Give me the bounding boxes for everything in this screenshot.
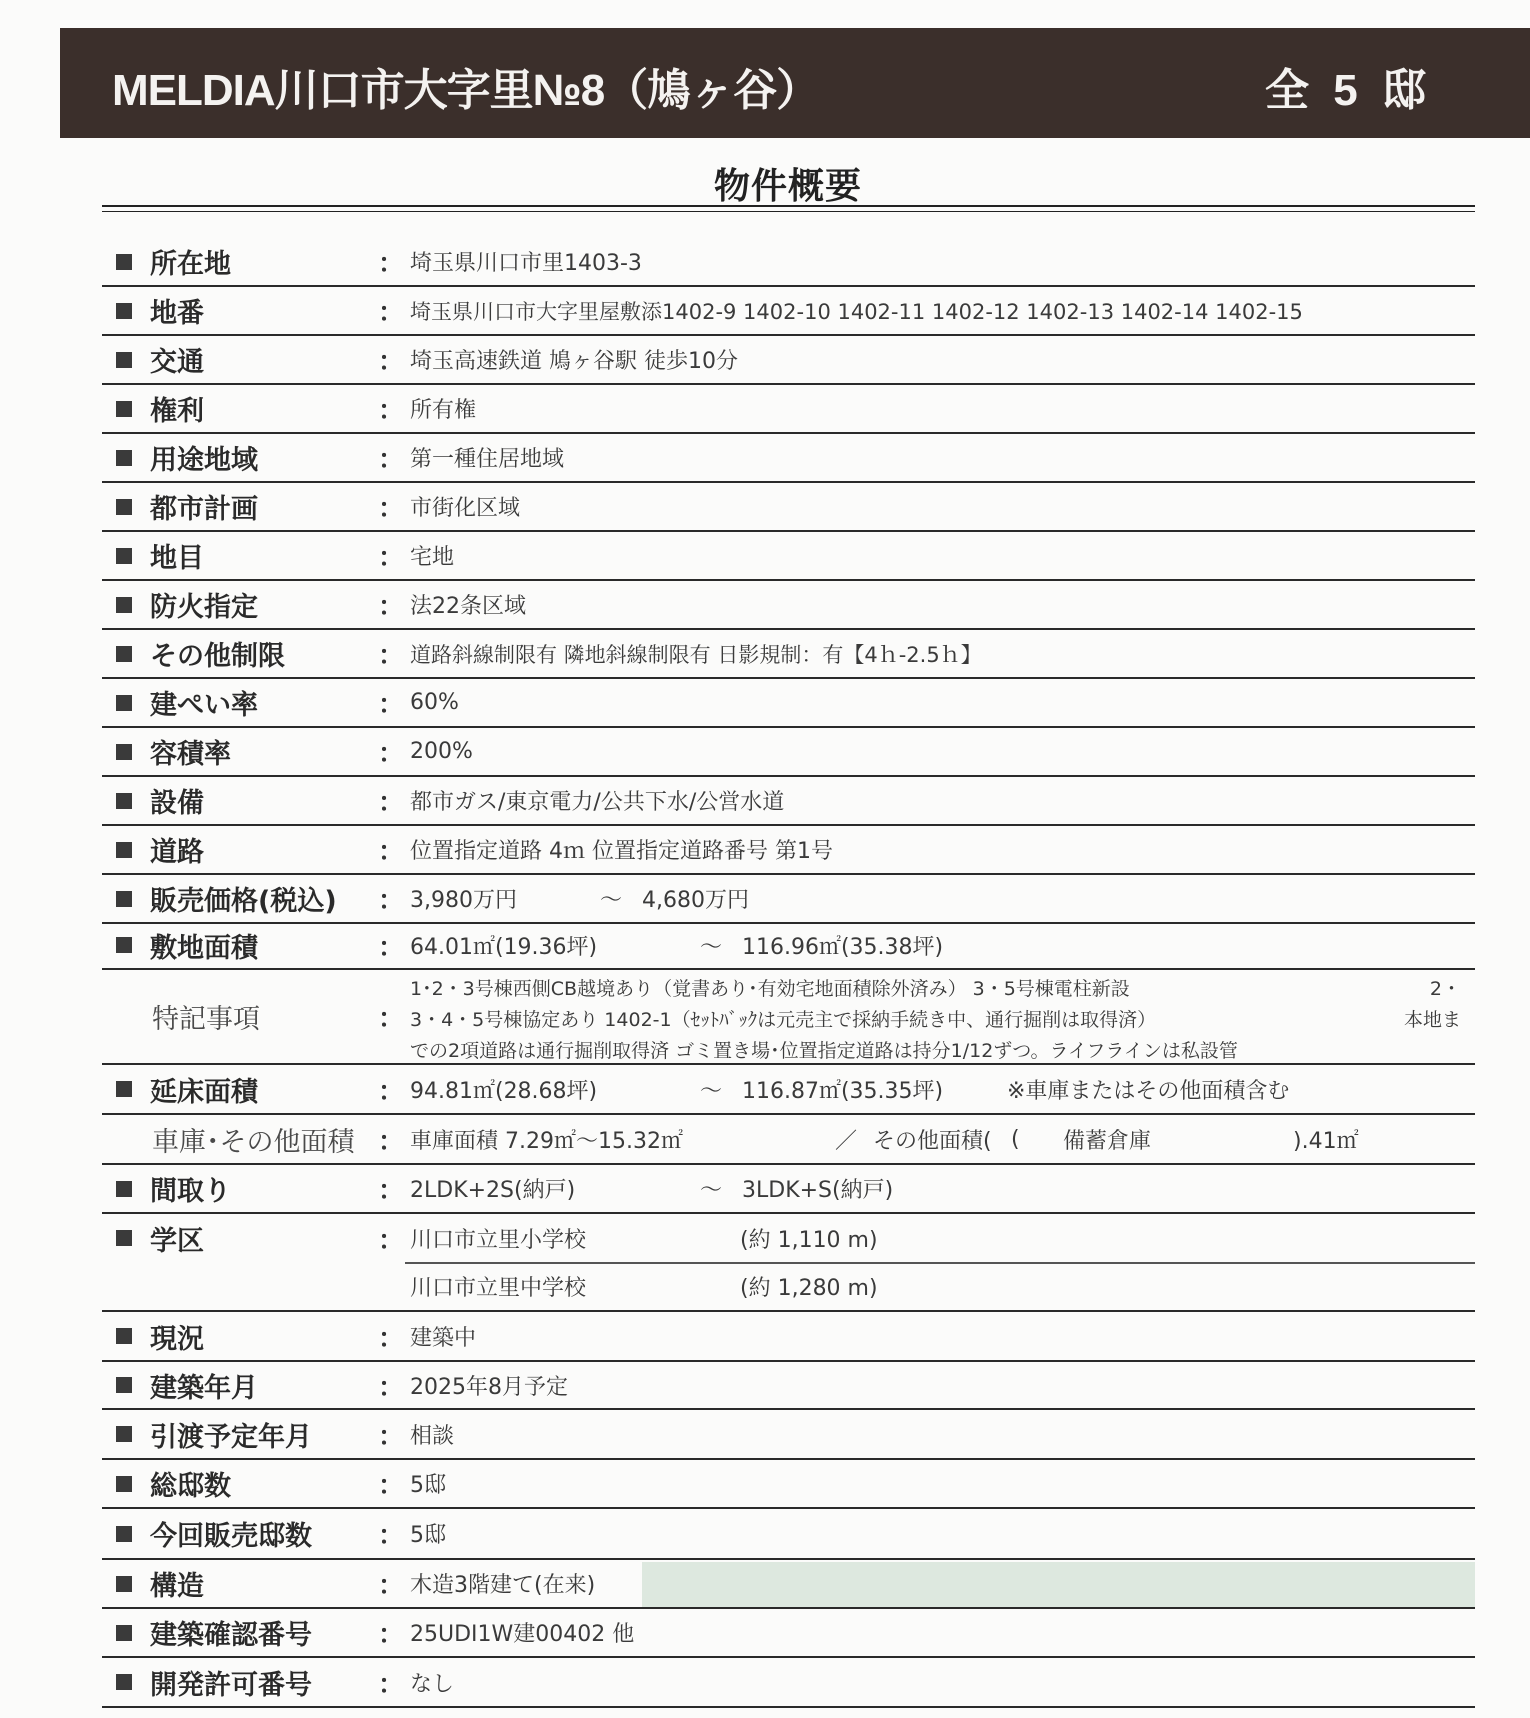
row-label: 容積率 (150, 732, 231, 771)
colon: ： (378, 1460, 404, 1507)
row-label: 建ぺい率 (150, 683, 258, 722)
row-label: 権利 (150, 389, 204, 428)
other-area-name: 備蓄倉庫 (1063, 1124, 1293, 1155)
school-elementary: 川口市立里小学校 (約 1,110 m) (410, 1214, 586, 1262)
bullet-icon (116, 891, 132, 907)
row-label: 道路 (150, 830, 204, 869)
bullet-icon (116, 1181, 132, 1197)
row-building-confirmation: 建築確認番号 ： 25UDI1W建00402 他 (102, 1609, 1475, 1658)
floor-area-to: 116.87㎡(35.35坪) (742, 1074, 1007, 1105)
row-label: その他制限 (150, 634, 285, 673)
tilde: ～ (600, 883, 642, 914)
row-value: 60% (410, 679, 1475, 726)
bullet-icon (116, 842, 132, 858)
title-divider-bottom (102, 211, 1475, 212)
row-label: 現況 (150, 1317, 204, 1356)
row-value: 木造3階建て(在来) (410, 1560, 1475, 1607)
site-area-to: 116.96㎡(35.38坪) (742, 930, 943, 961)
row-fire-zone: 防火指定 ： 法22条区域 (102, 581, 1475, 630)
row-value: 第一種住居地域 (410, 434, 1475, 481)
bullet-icon (116, 450, 132, 466)
other-area-value: ).41㎡ (1293, 1124, 1359, 1155)
colon: ： (378, 875, 404, 922)
row-value: 所有権 (410, 385, 1475, 432)
bullet-icon (116, 548, 132, 564)
header-banner: MELDIA川口市大字里№8（鳩ヶ谷） 全 5 邸 (60, 28, 1530, 138)
row-total-units: 総邸数 ： 5邸 (102, 1460, 1475, 1509)
row-value: 位置指定道路 4ｍ 位置指定道路番号 第1号 (410, 826, 1475, 873)
row-label: 用途地域 (150, 438, 258, 477)
title-divider-top (102, 205, 1475, 207)
plan-from: 2LDK+2S(納戸) (410, 1173, 700, 1204)
row-garage-area: 車庫･その他面積 ： 車庫面積 7.29㎡～15.32㎡ ／ その他面積( ( … (102, 1115, 1475, 1165)
row-location: 所在地 ： 埼玉県川口市里1403-3 (102, 238, 1475, 287)
section-title: 物件概要 (0, 158, 1530, 209)
bullet-icon (116, 695, 132, 711)
row-value: 200% (410, 728, 1475, 775)
price-to: 4,680万円 (642, 883, 749, 914)
row-land-category: 地目 ： 宅地 (102, 532, 1475, 581)
other-area-prefix: その他面積( (873, 1124, 1011, 1155)
bullet-icon (116, 1476, 132, 1492)
row-floor-area: 延床面積 ： 94.81㎡(28.68坪) ～ 116.87㎡(35.35坪) … (102, 1065, 1475, 1115)
bullet-icon (116, 793, 132, 809)
row-label: 建築年月 (150, 1366, 258, 1405)
row-label: 地番 (150, 291, 204, 330)
colon: ： (378, 434, 404, 481)
row-special-notes: 特記事項 ： 1･2・3号棟西側CB越境あり（覚書あり･有効宅地面積除外済み） … (102, 970, 1475, 1065)
row-value: 埼玉県川口市大字里屋敷添1402-9 1402-10 1402-11 1402-… (410, 287, 1475, 334)
row-structure: 構造 ： 木造3階建て(在来) (102, 1560, 1475, 1609)
bullet-icon (116, 744, 132, 760)
row-units-for-sale: 今回販売邸数 ： 5邸 (102, 1509, 1475, 1560)
garage-area: 車庫面積 7.29㎡～15.32㎡ (410, 1124, 835, 1155)
colon: ： (378, 336, 404, 383)
row-value: 都市ガス/東京電力/公共下水/公営水道 (410, 777, 1475, 824)
colon: ： (378, 630, 404, 677)
colon: ： (378, 1165, 404, 1212)
row-label: 総邸数 (150, 1464, 231, 1503)
row-label: 建築確認番号 (150, 1613, 312, 1652)
colon: ： (378, 287, 404, 334)
other-area-paren: ( (1011, 1127, 1063, 1152)
tilde: ～ (700, 1173, 742, 1204)
bullet-icon (116, 499, 132, 515)
bullet-icon (116, 1328, 132, 1344)
row-label: 学区 (150, 1219, 204, 1258)
row-access: 交通 ： 埼玉高速鉄道 鳩ヶ谷駅 徒歩10分 (102, 336, 1475, 385)
row-label: 特記事項 (152, 970, 260, 1063)
bullet-icon (116, 303, 132, 319)
row-value: 市街化区域 (410, 483, 1475, 530)
row-price: 販売価格(税込) ： 3,980万円 ～ 4,680万円 (102, 875, 1475, 924)
row-label: 車庫･その他面積 (152, 1115, 355, 1163)
row-value: 25UDI1W建00402 他 (410, 1609, 1475, 1656)
colon: ： (378, 826, 404, 873)
row-label: 地目 (150, 536, 204, 575)
row-value: 5邸 (410, 1509, 1475, 1558)
row-label: 延床面積 (150, 1070, 258, 1109)
bullet-icon (116, 1674, 132, 1690)
row-school-district: 学区 ： 川口市立里小学校 (約 1,110 m) 川口市立里中学校 (約 1,… (102, 1214, 1475, 1312)
colon: ： (378, 1658, 404, 1706)
row-label: 引渡予定年月 (150, 1415, 312, 1454)
colon: ： (378, 1560, 404, 1607)
colon: ： (378, 970, 404, 1063)
tilde: ～ (700, 930, 742, 961)
colon: ： (378, 777, 404, 824)
bullet-icon (116, 1377, 132, 1393)
bullet-icon (116, 1625, 132, 1641)
row-value: 建築中 (410, 1312, 1475, 1360)
row-current-status: 現況 ： 建築中 (102, 1312, 1475, 1362)
bullet-icon (116, 352, 132, 368)
row-zoning: 用途地域 ： 第一種住居地域 (102, 434, 1475, 483)
colon: ： (378, 1509, 404, 1558)
row-city-planning: 都市計画 ： 市街化区域 (102, 483, 1475, 532)
row-utilities: 設備 ： 都市ガス/東京電力/公共下水/公営水道 (102, 777, 1475, 826)
row-label: 所在地 (150, 242, 231, 281)
row-label: 敷地面積 (150, 926, 258, 965)
bullet-icon (116, 646, 132, 662)
row-delivery-date: 引渡予定年月 ： 相談 (102, 1410, 1475, 1460)
row-value: 埼玉高速鉄道 鳩ヶ谷駅 徒歩10分 (410, 336, 1475, 383)
row-road: 道路 ： 位置指定道路 4ｍ 位置指定道路番号 第1号 (102, 826, 1475, 875)
row-development-permit: 開発許可番号 ： なし (102, 1658, 1475, 1708)
row-value: 法22条区域 (410, 581, 1475, 628)
row-other-restrictions: その他制限 ： 道路斜線制限有 隣地斜線制限有 日影規制：有【4ｈ-2.5ｈ】 (102, 630, 1475, 679)
row-value: 宅地 (410, 532, 1475, 579)
bullet-icon (116, 254, 132, 270)
row-value: 5邸 (410, 1460, 1475, 1507)
bullet-icon (116, 937, 132, 953)
school-junior-high: 川口市立里中学校 (約 1,280 m) (410, 1262, 586, 1310)
row-construction-date: 建築年月 ： 2025年8月予定 (102, 1362, 1475, 1410)
colon: ： (378, 1312, 404, 1360)
bullet-icon (116, 1426, 132, 1442)
tilde: ～ (700, 1074, 742, 1105)
row-label: 構造 (150, 1564, 204, 1603)
bullet-icon (116, 401, 132, 417)
price-from: 3,980万円 (410, 883, 600, 914)
bullet-icon (116, 1576, 132, 1592)
colon: ： (378, 1214, 404, 1262)
colon: ： (378, 1065, 404, 1113)
colon: ： (378, 679, 404, 726)
school-distance: (約 1,280 m) (740, 1271, 878, 1302)
colon: ： (378, 1362, 404, 1408)
plan-to: 3LDK+S(納戸) (742, 1173, 893, 1204)
colon: ： (378, 483, 404, 530)
bullet-icon (116, 1526, 132, 1542)
row-label: 交通 (150, 340, 204, 379)
row-site-area: 敷地面積 ： 64.01㎡(19.36坪) ～ 116.96㎡(35.38坪) (102, 922, 1475, 970)
colon: ： (378, 1609, 404, 1656)
row-coverage-ratio: 建ぺい率 ： 60% (102, 679, 1475, 728)
row-floor-area-ratio: 容積率 ： 200% (102, 728, 1475, 777)
row-value: 道路斜線制限有 隣地斜線制限有 日影規制：有【4ｈ-2.5ｈ】 (410, 630, 1475, 677)
row-value: なし (410, 1658, 1475, 1706)
colon: ： (378, 922, 404, 968)
bullet-icon (116, 1081, 132, 1097)
row-label: 開発許可番号 (150, 1663, 312, 1702)
property-title: MELDIA川口市大字里№8（鳩ヶ谷） (112, 54, 819, 118)
colon: ： (378, 1410, 404, 1458)
row-value: 埼玉県川口市里1403-3 (410, 238, 1475, 285)
colon: ： (378, 532, 404, 579)
row-label: 販売価格(税込) (150, 879, 337, 918)
colon: ： (378, 728, 404, 775)
row-rights: 権利 ： 所有権 (102, 385, 1475, 434)
special-notes-text: 1･2・3号棟西側CB越境あり（覚書あり･有効宅地面積除外済み） 3・5号棟電柱… (410, 974, 1475, 1067)
bullet-icon (116, 597, 132, 613)
row-label: 防火指定 (150, 585, 258, 624)
floor-area-note: ※車庫またはその他面積含む (1007, 1074, 1289, 1105)
floor-area-from: 94.81㎡(28.68坪) (410, 1074, 700, 1105)
colon: ： (378, 581, 404, 628)
row-lot-number: 地番 ： 埼玉県川口市大字里屋敷添1402-9 1402-10 1402-11 … (102, 287, 1475, 336)
row-label: 間取り (150, 1169, 231, 1208)
unit-count: 全 5 邸 (1265, 54, 1432, 118)
row-value: 2025年8月予定 (410, 1362, 1475, 1408)
row-floor-plan: 間取り ： 2LDK+2S(納戸) ～ 3LDK+S(納戸) (102, 1165, 1475, 1214)
bullet-icon (116, 1230, 132, 1246)
colon: ： (378, 1115, 404, 1163)
site-area-from: 64.01㎡(19.36坪) (410, 930, 700, 961)
row-label: 設備 (150, 781, 204, 820)
row-label: 今回販売邸数 (150, 1514, 312, 1553)
row-label: 都市計画 (150, 487, 258, 526)
row-value: 相談 (410, 1410, 1475, 1458)
colon: ： (378, 238, 404, 285)
slash: ／ (835, 1124, 873, 1155)
school-distance: (約 1,110 m) (740, 1223, 878, 1254)
colon: ： (378, 385, 404, 432)
